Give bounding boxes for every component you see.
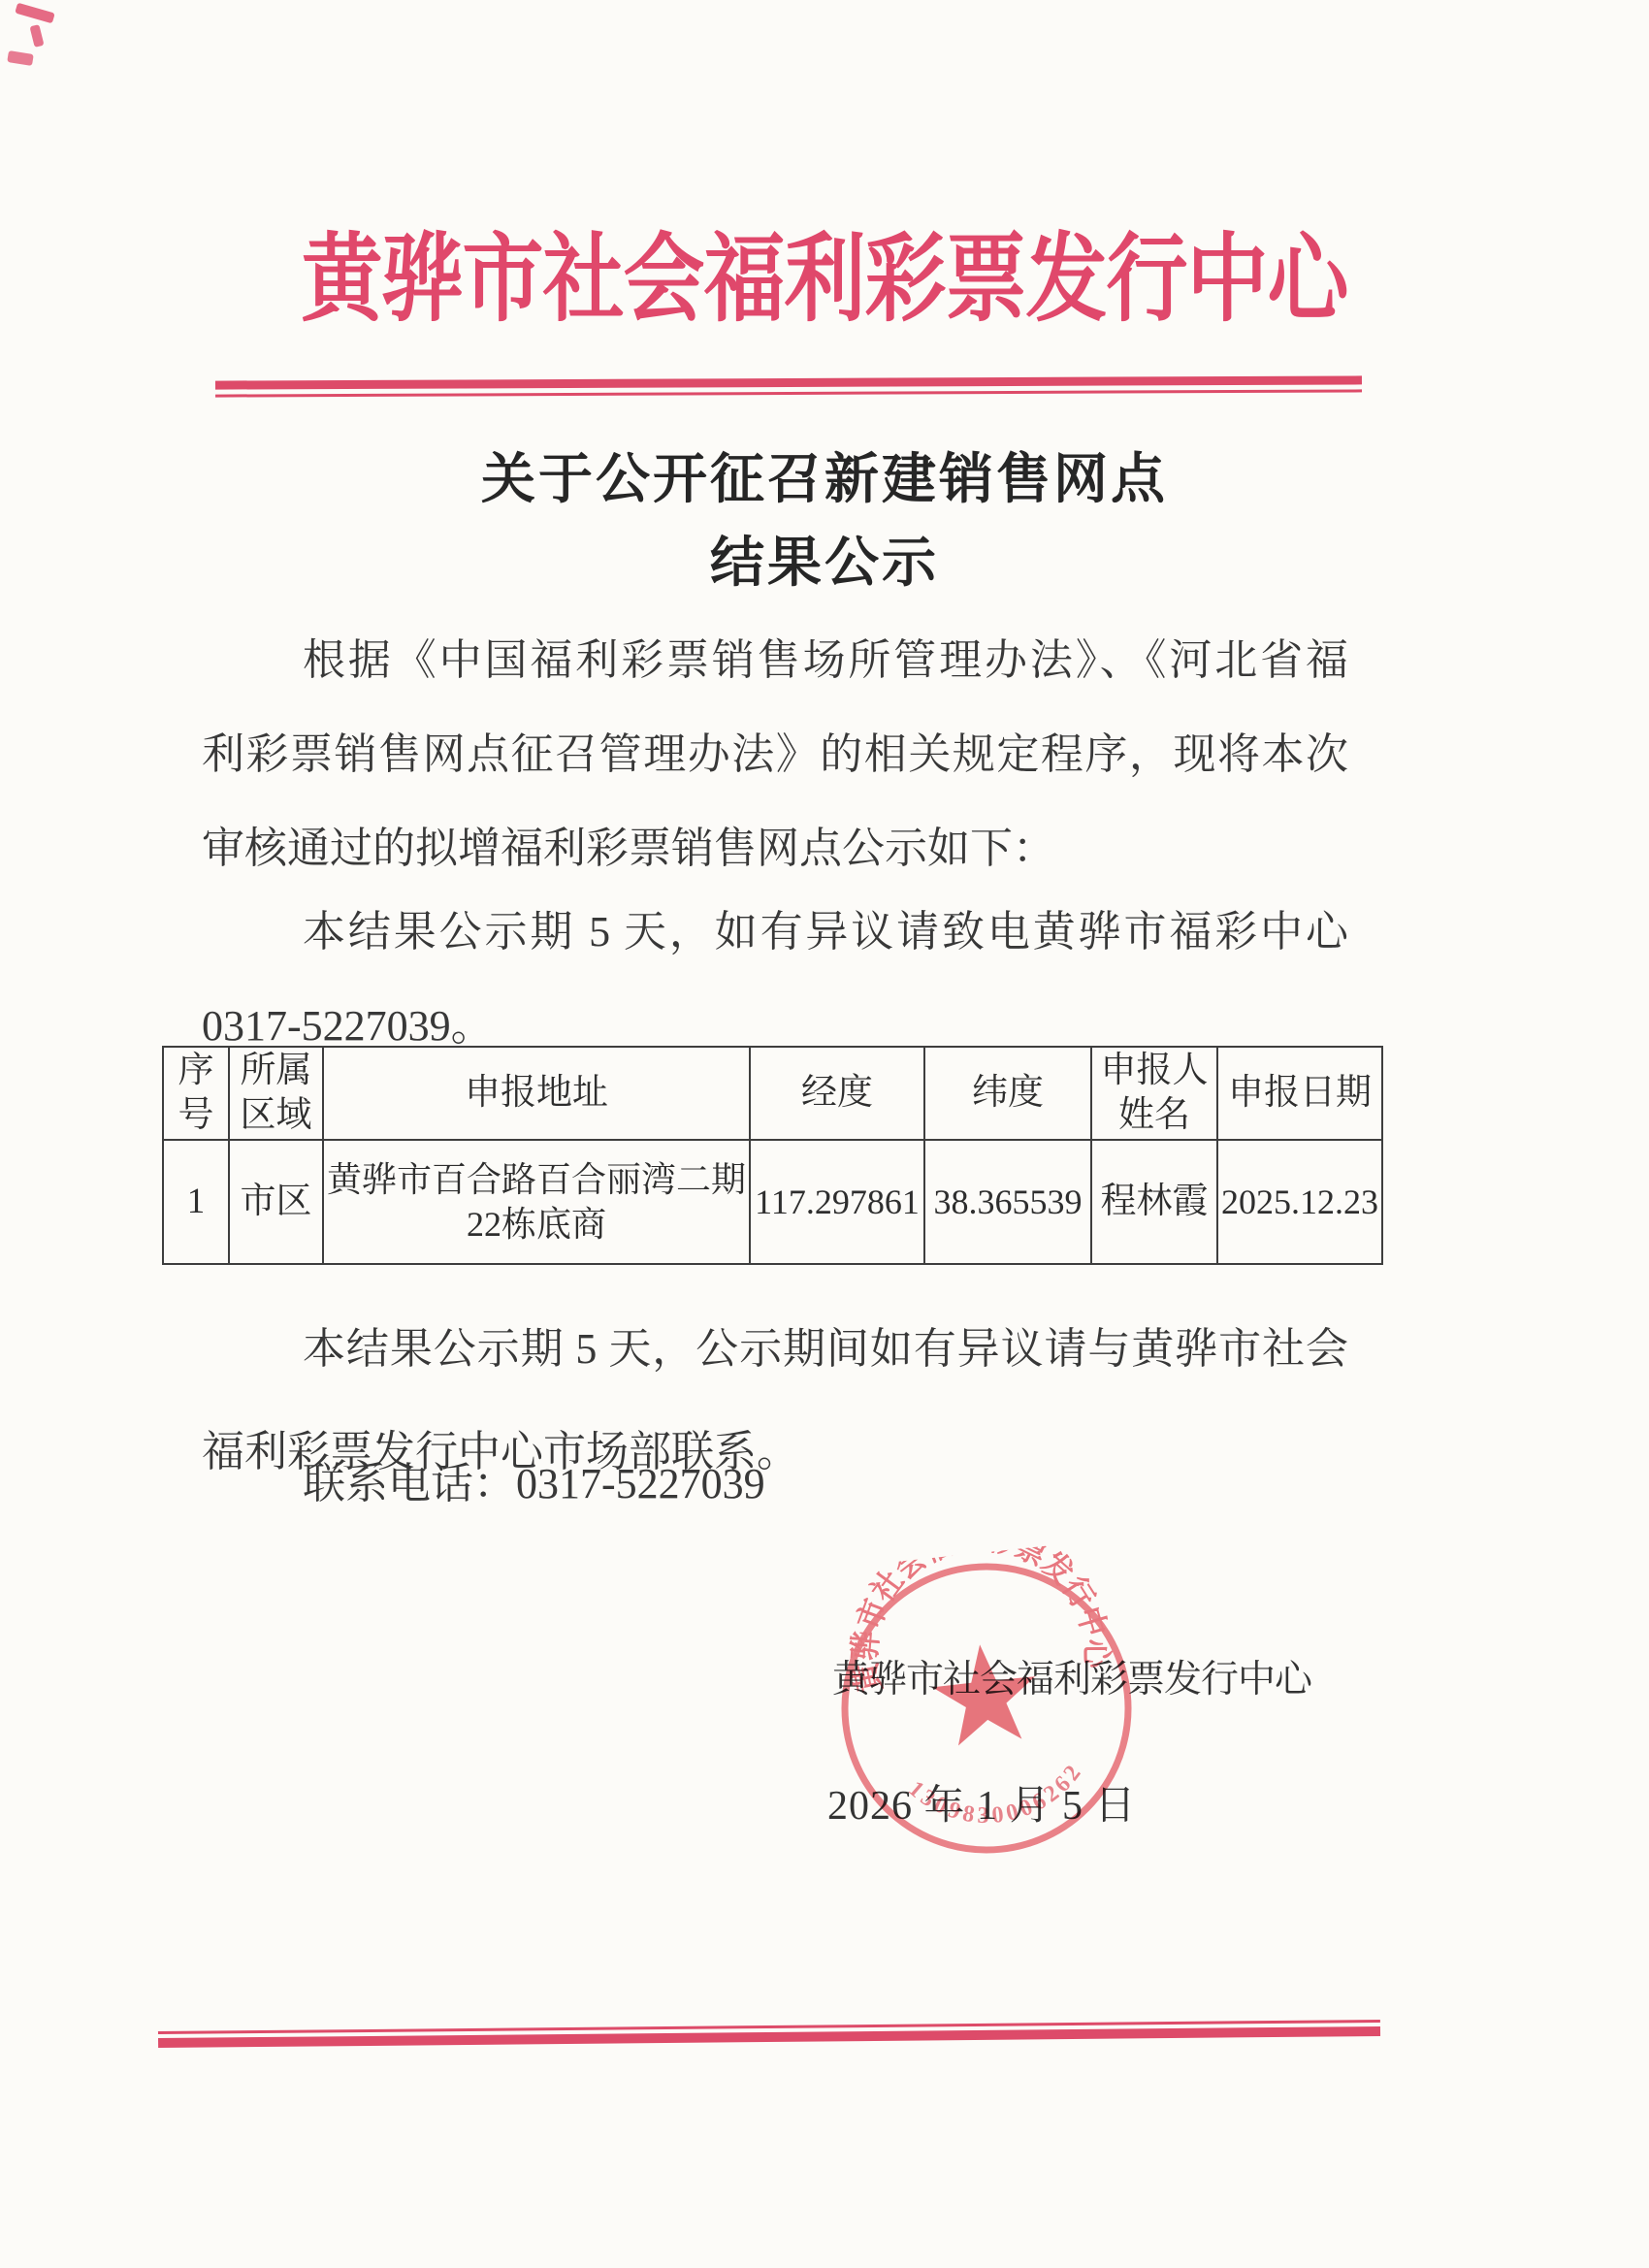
- col-header-longitude: 经度: [750, 1047, 924, 1140]
- paragraph-line: 利彩票销售网点征召管理办法》的相关规定程序，现将本次: [202, 707, 1348, 801]
- cell-applicant: 程林霞: [1091, 1140, 1217, 1264]
- cell-address: 黄骅市百合路百合丽湾二期22栋底商: [323, 1140, 750, 1264]
- col-header-seq: 序号: [163, 1047, 229, 1140]
- cell-seq: 1: [163, 1140, 229, 1264]
- paragraph-line: 本结果公示期 5 天，如有异议请致电黄骅市福彩中心: [202, 885, 1348, 979]
- document-title-line1: 关于公开征召新建销售网点: [0, 438, 1649, 522]
- divider-thick-line: [215, 375, 1362, 389]
- footer-divider: [158, 2020, 1380, 2048]
- scan-artifact-mark: [7, 50, 34, 66]
- col-header-applicant: 申报人姓名: [1091, 1047, 1217, 1140]
- scanned-notice-page: 黄骅市社会福利彩票发行中心 关于公开征召新建销售网点 结果公示 根据《中国福利彩…: [0, 0, 1649, 2268]
- letterhead-org-title: 黄骅市社会福利彩票发行中心: [0, 202, 1649, 340]
- contact-phone-line: 联系电话：0317-5227039: [202, 1455, 1348, 1513]
- paragraph-line: 本结果公示期 5 天，公示期间如有异议请与黄骅市社会: [202, 1298, 1348, 1401]
- letterhead-divider: [215, 375, 1362, 397]
- document-title-line2: 结果公示: [0, 522, 1649, 605]
- results-table: 序号 所属区域 申报地址 经度 纬度 申报人姓名 申报日期 1 市区 黄骅市百合…: [162, 1046, 1383, 1265]
- cell-date: 2025.12.23: [1217, 1140, 1382, 1264]
- paragraph-objection-phone: 本结果公示期 5 天，如有异议请致电黄骅市福彩中心 0317-5227039。: [202, 885, 1348, 1073]
- paragraph-phone: 联系电话：0317-5227039: [202, 1455, 1348, 1513]
- official-seal-stamp: 黄骅市社会福利彩票发行中心 1309830006262: [816, 1538, 1157, 1879]
- col-header-district: 所属区域: [229, 1047, 323, 1140]
- cell-latitude: 38.365539: [924, 1140, 1091, 1264]
- scan-artifact-mark: [29, 24, 44, 48]
- table-header-row: 序号 所属区域 申报地址 经度 纬度 申报人姓名 申报日期: [163, 1047, 1382, 1140]
- scan-artifact-mark: [15, 3, 54, 24]
- col-header-date: 申报日期: [1217, 1047, 1382, 1140]
- cell-district: 市区: [229, 1140, 323, 1264]
- paragraph-line: 审核通过的拟增福利彩票销售网点公示如下：: [202, 801, 1348, 895]
- seal-star-icon: [928, 1639, 1042, 1748]
- paragraph-basis: 根据《中国福利彩票销售场所管理办法》、《河北省福 利彩票销售网点征召管理办法》的…: [202, 613, 1348, 895]
- cell-longitude: 117.297861: [750, 1140, 924, 1264]
- paragraph-line: 根据《中国福利彩票销售场所管理办法》、《河北省福: [202, 613, 1348, 707]
- divider-thin-line: [215, 389, 1362, 397]
- col-header-latitude: 纬度: [924, 1047, 1091, 1140]
- col-header-address: 申报地址: [323, 1047, 750, 1140]
- table-row: 1 市区 黄骅市百合路百合丽湾二期22栋底商 117.297861 38.365…: [163, 1140, 1382, 1264]
- document-title: 关于公开征召新建销售网点 结果公示: [0, 438, 1649, 605]
